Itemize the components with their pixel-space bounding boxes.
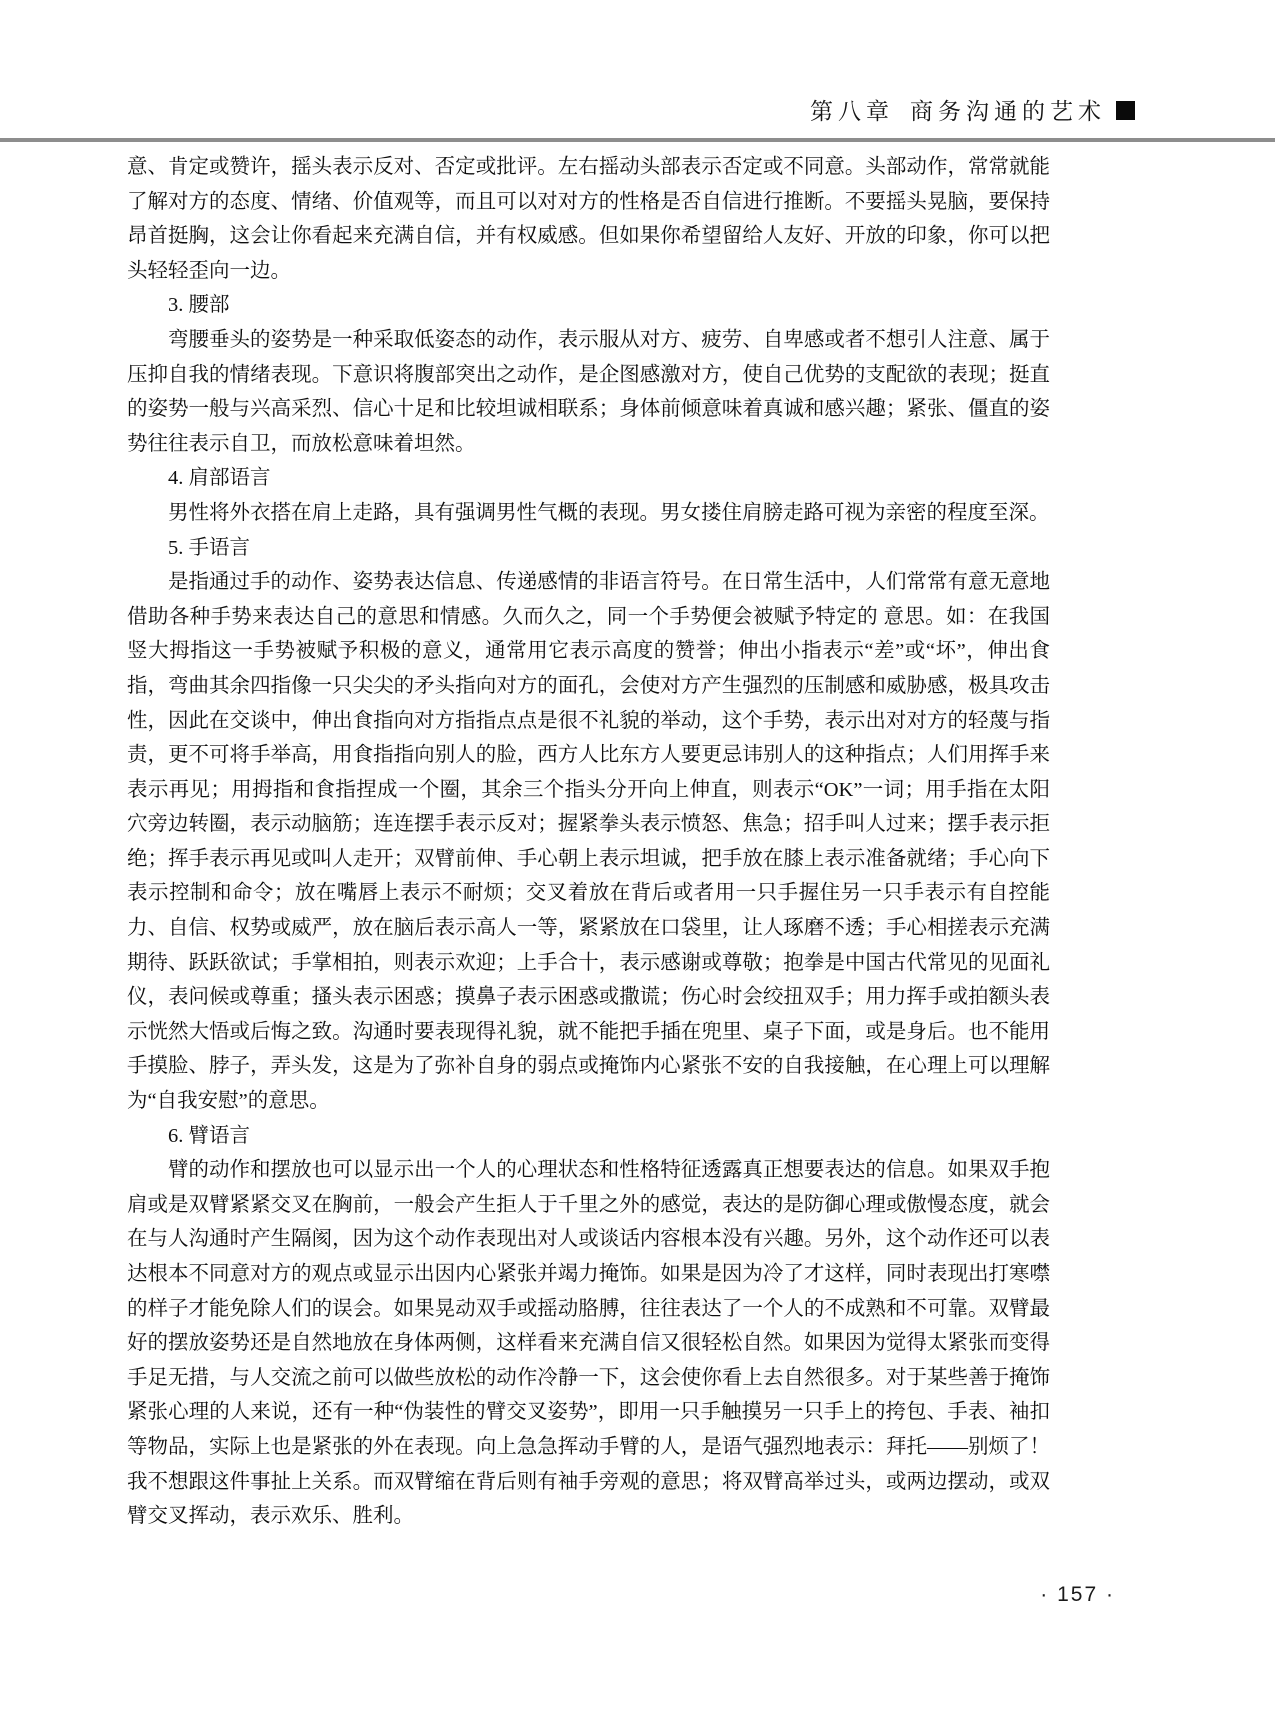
section-heading-arm: 6. 臂语言	[127, 1119, 1050, 1154]
paragraph-shoulder: 男性将外衣搭在肩上走路，具有强调男性气概的表现。男女搂住肩膀走路可视为亲密的程度…	[127, 496, 1050, 531]
square-marker-icon	[1116, 101, 1135, 120]
book-page: 第八章商务沟通的艺术 意、肯定或赞许，摇头表示反对、否定或批评。左右摇动头部表示…	[0, 0, 1275, 1718]
section-heading-hand: 5. 手语言	[127, 531, 1050, 566]
page-number: · 157 ·	[1040, 1583, 1115, 1607]
body-text: 意、肯定或赞许，摇头表示反对、否定或批评。左右摇动头部表示否定或不同意。头部动作…	[127, 150, 1050, 1534]
chapter-number: 第八章	[810, 99, 894, 124]
chapter-title: 商务沟通的艺术	[910, 99, 1106, 124]
paragraph-hand: 是指通过手的动作、姿势表达信息、传递感情的非语言符号。在日常生活中，人们常常有意…	[127, 565, 1050, 1119]
header-rule	[0, 138, 1275, 142]
running-head: 第八章商务沟通的艺术	[810, 93, 1135, 126]
paragraph-waist: 弯腰垂头的姿势是一种采取低姿态的动作，表示服从对方、疲劳、自卑感或者不想引人注意…	[127, 323, 1050, 461]
paragraph-head-movement-continued: 意、肯定或赞许，摇头表示反对、否定或批评。左右摇动头部表示否定或不同意。头部动作…	[127, 150, 1050, 288]
paragraph-arm: 臂的动作和摆放也可以显示出一个人的心理状态和性格特征透露真正想要表达的信息。如果…	[127, 1153, 1050, 1534]
section-heading-waist: 3. 腰部	[127, 288, 1050, 323]
section-heading-shoulder: 4. 肩部语言	[127, 461, 1050, 496]
